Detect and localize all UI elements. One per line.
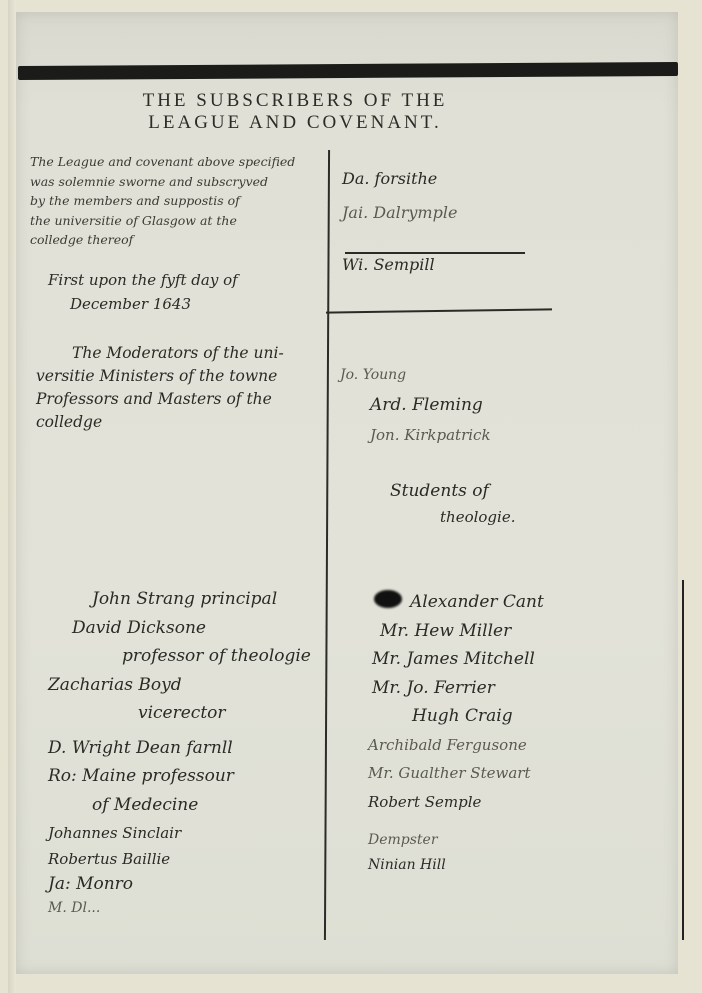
signature: Alexander Cant	[368, 588, 544, 617]
signature: David Dicksone	[48, 614, 311, 643]
signature: Ard. Fleming	[340, 390, 491, 420]
right-mid-signatures: Jo. Young Ard. Fleming Jon. Kirkpatrick	[340, 360, 491, 450]
date-line: First upon the fyft day of	[48, 268, 238, 292]
signature: Jon. Kirkpatrick	[340, 420, 491, 450]
moderators-line: The Moderators of the uni-	[36, 342, 284, 365]
signature: D. Wright Dean farnll	[48, 734, 311, 763]
right-signatures: Alexander Cant Mr. Hew Miller Mr. James …	[368, 588, 544, 875]
students-line: Students of	[390, 478, 515, 504]
preamble-line: the universitie of Glasgow at the	[30, 211, 295, 231]
signature: Hugh Craig	[368, 702, 544, 731]
left-signatures: John Strang principal David Dicksone pro…	[48, 585, 311, 918]
signature: Ninian Hill	[368, 855, 544, 875]
signature: Robert Semple	[368, 788, 544, 817]
book-page-edge	[8, 0, 16, 993]
signature: Ja: Monro	[48, 870, 311, 899]
date-line: December 1643	[48, 292, 238, 316]
signature: Ro: Maine professour	[48, 762, 311, 791]
signature: Dempster	[368, 826, 544, 855]
students-heading: Students of theologie.	[390, 478, 515, 530]
preamble-line: The League and covenant above specified	[30, 152, 295, 172]
signature: M. Dl...	[48, 898, 311, 918]
signature: Mr. Jo. Ferrier	[368, 674, 544, 703]
signature: vicerector	[48, 699, 311, 728]
signature: Mr. James Mitchell	[368, 645, 544, 674]
signature: Wi. Sempill	[342, 248, 457, 282]
right-border-line	[682, 580, 684, 940]
moderators-line: Professors and Masters of the	[36, 388, 284, 411]
signature: Johannes Sinclair	[48, 819, 311, 848]
title-line-2: LEAGUE AND COVENANT.	[40, 112, 550, 134]
preamble-line: by the members and suppostis of	[30, 191, 295, 211]
preamble-line: colledge thereof	[30, 230, 295, 250]
signature: professor of theologie	[48, 642, 311, 671]
students-line: theologie.	[390, 504, 515, 530]
signature: Robertus Baillie	[48, 848, 311, 870]
title-line-1: THE SUBSCRIBERS OF THE	[40, 90, 550, 112]
signature: Jo. Young	[340, 360, 491, 390]
page-title: THE SUBSCRIBERS OF THE LEAGUE AND COVENA…	[40, 90, 550, 134]
signature: of Medecine	[48, 791, 311, 820]
right-top-signatures: Da. forsithe Jai. Dalrymple Wi. Sempill	[342, 162, 457, 282]
moderators-heading: The Moderators of the uni- versitie Mini…	[36, 342, 284, 434]
signature: Jai. Dalrymple	[342, 196, 457, 230]
signature: Zacharias Boyd	[48, 671, 311, 700]
date-text: First upon the fyft day of December 1643	[48, 268, 238, 316]
signature: Mr. Gualther Stewart	[368, 759, 544, 788]
signature: Archibald Fergusone	[368, 731, 544, 760]
signature: John Strang principal	[48, 585, 311, 614]
signature: Da. forsithe	[342, 162, 457, 196]
preamble-line: was solemnie sworne and subscryved	[30, 172, 295, 192]
moderators-line: colledge	[36, 411, 284, 434]
moderators-line: versitie Ministers of the towne	[36, 365, 284, 388]
preamble-text: The League and covenant above specified …	[30, 152, 295, 250]
signature: Mr. Hew Miller	[368, 617, 544, 646]
